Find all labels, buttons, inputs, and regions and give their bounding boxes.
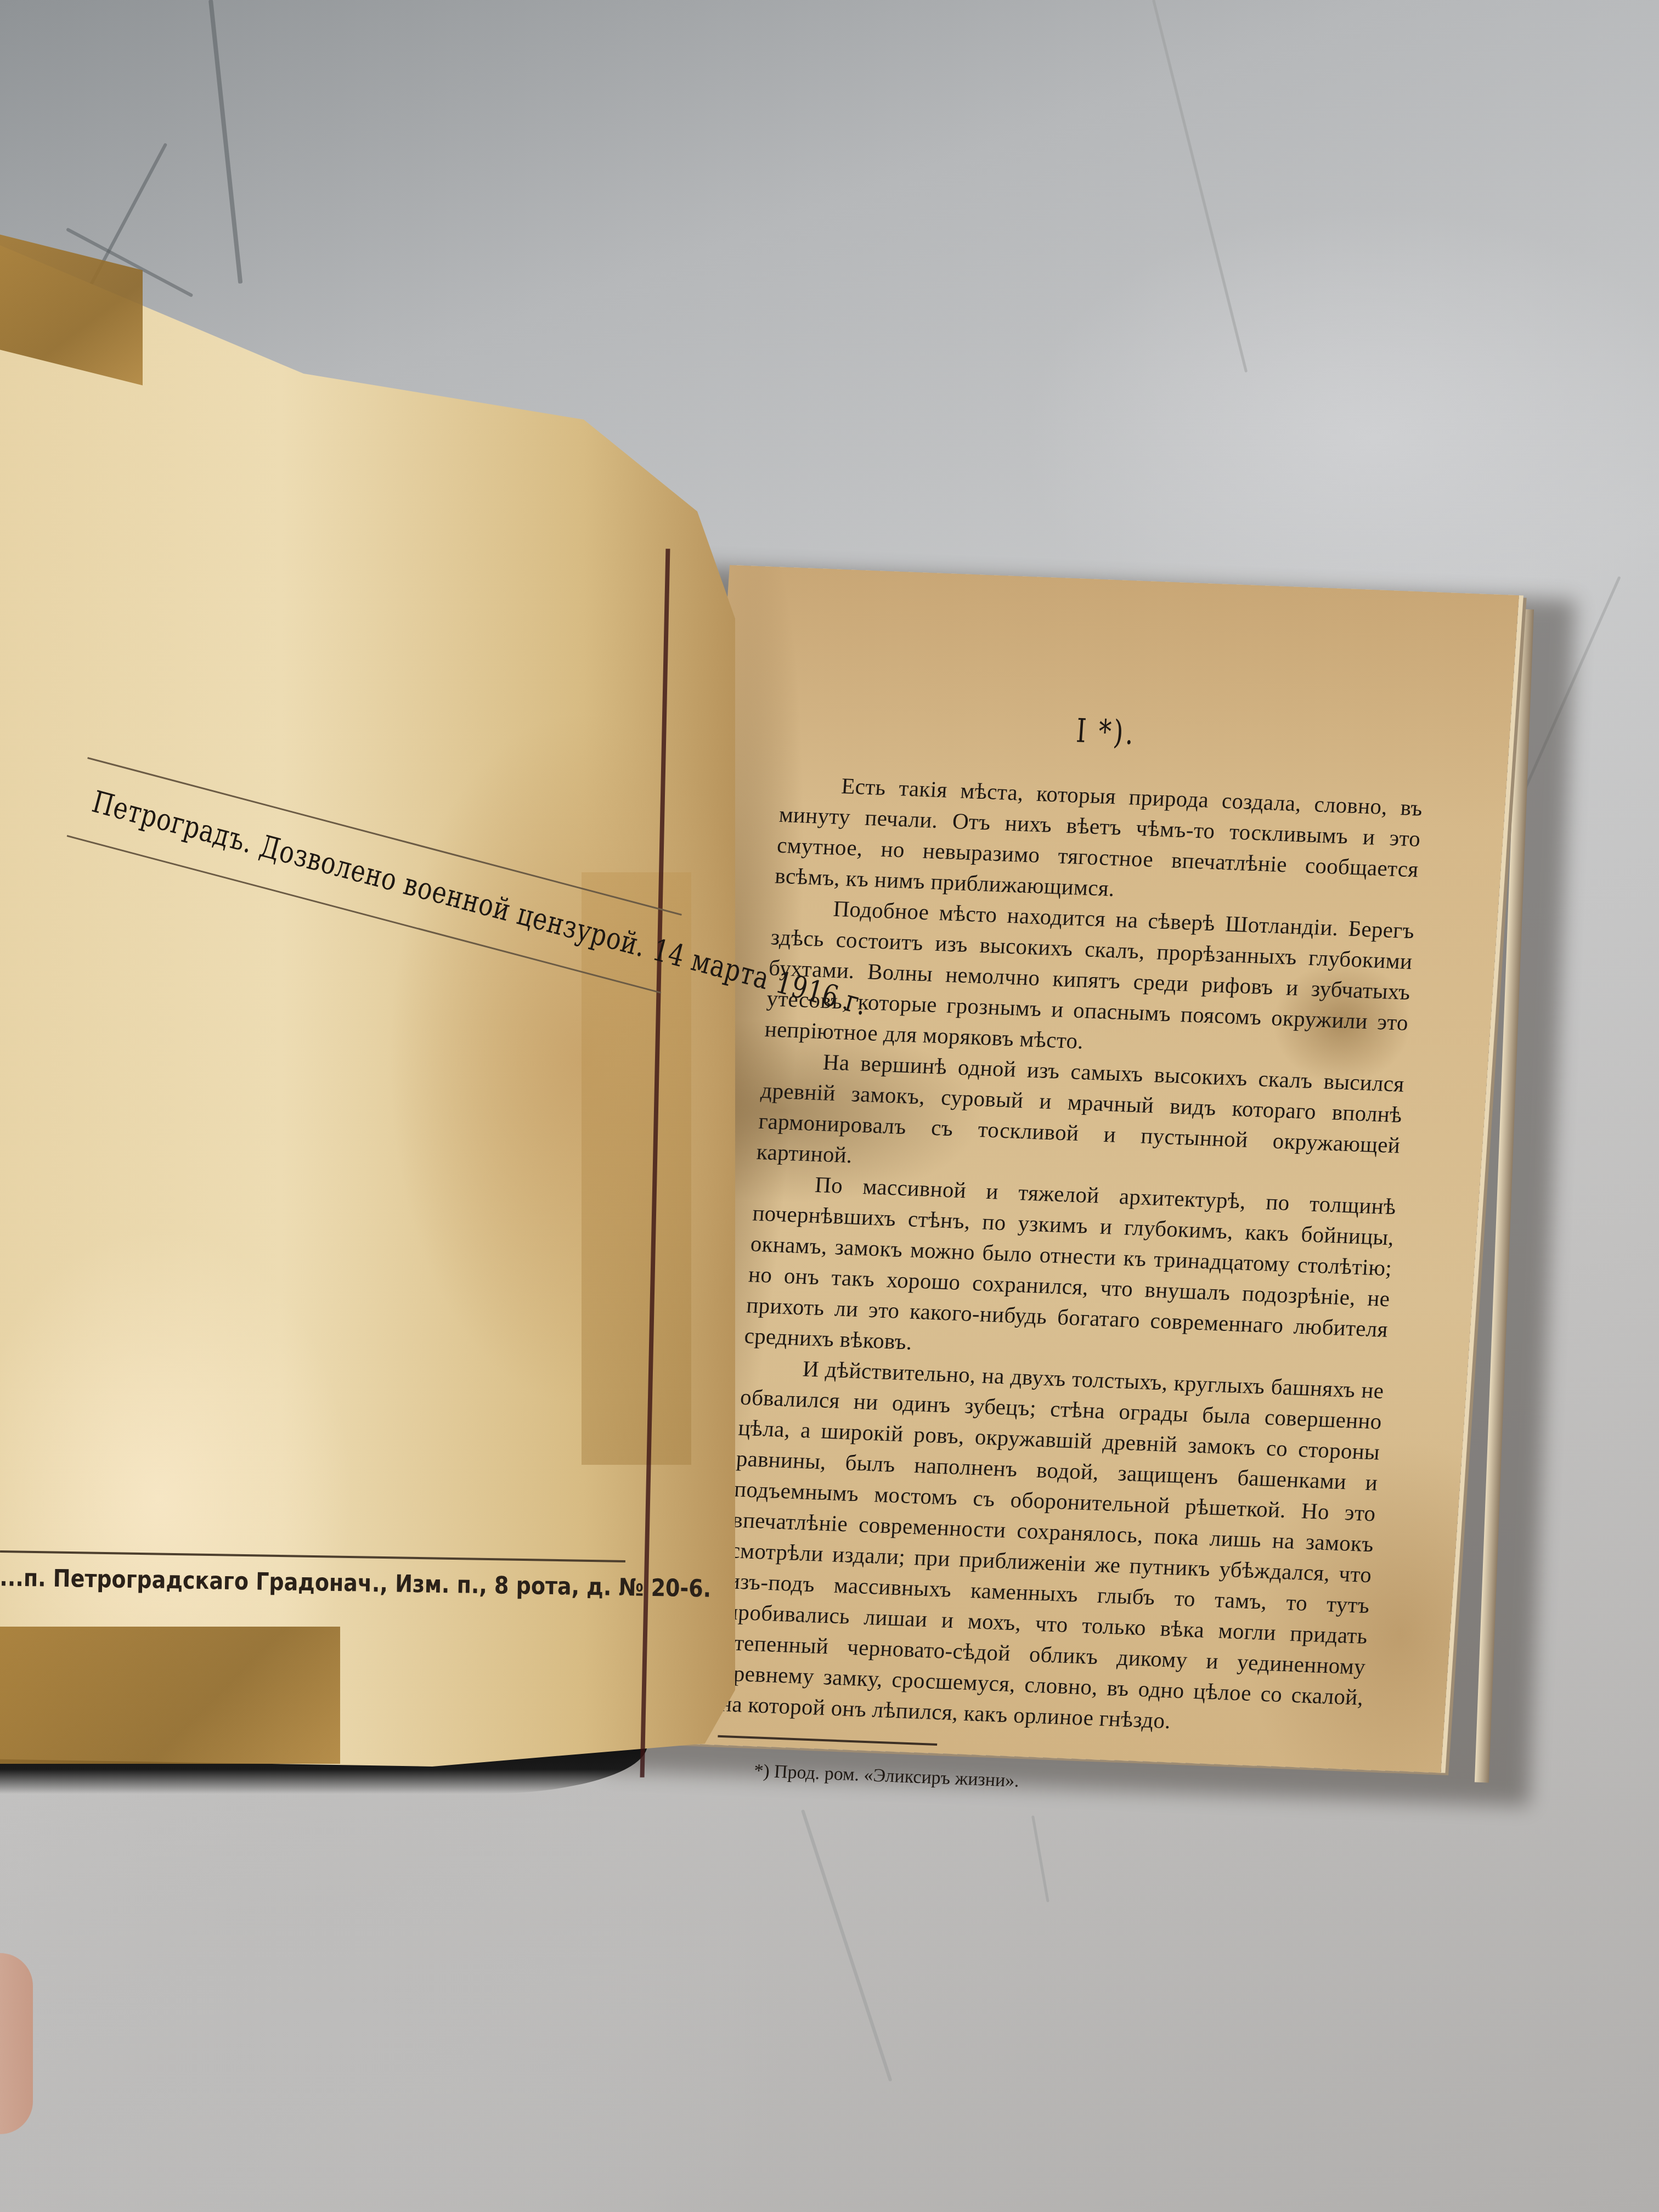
paragraph: Есть такія мѣста, которыя природа создал… <box>774 768 1424 916</box>
marble-vein <box>1152 0 1248 373</box>
marble-vein <box>1031 1815 1049 1902</box>
right-page: I *). Есть такія мѣста, которыя природа … <box>651 565 1519 1773</box>
paragraph: Подобное мѣсто находится на сѣверѣ Шотла… <box>764 891 1415 1069</box>
marble-vein <box>801 1809 892 2081</box>
marble-vein <box>208 0 242 284</box>
footnote-divider <box>718 1735 937 1746</box>
paragraph: По массивной и тяжелой архитектурѣ, по т… <box>743 1167 1397 1375</box>
chapter-heading: I *). <box>784 700 1428 763</box>
thumb <box>0 1953 33 2134</box>
paragraph: И дѣйствительно, на двухъ толстыхъ, круг… <box>719 1351 1385 1743</box>
tape-mark <box>0 1627 340 1764</box>
paragraph: На вершинѣ одной изъ самыхъ высокихъ ска… <box>755 1044 1405 1192</box>
